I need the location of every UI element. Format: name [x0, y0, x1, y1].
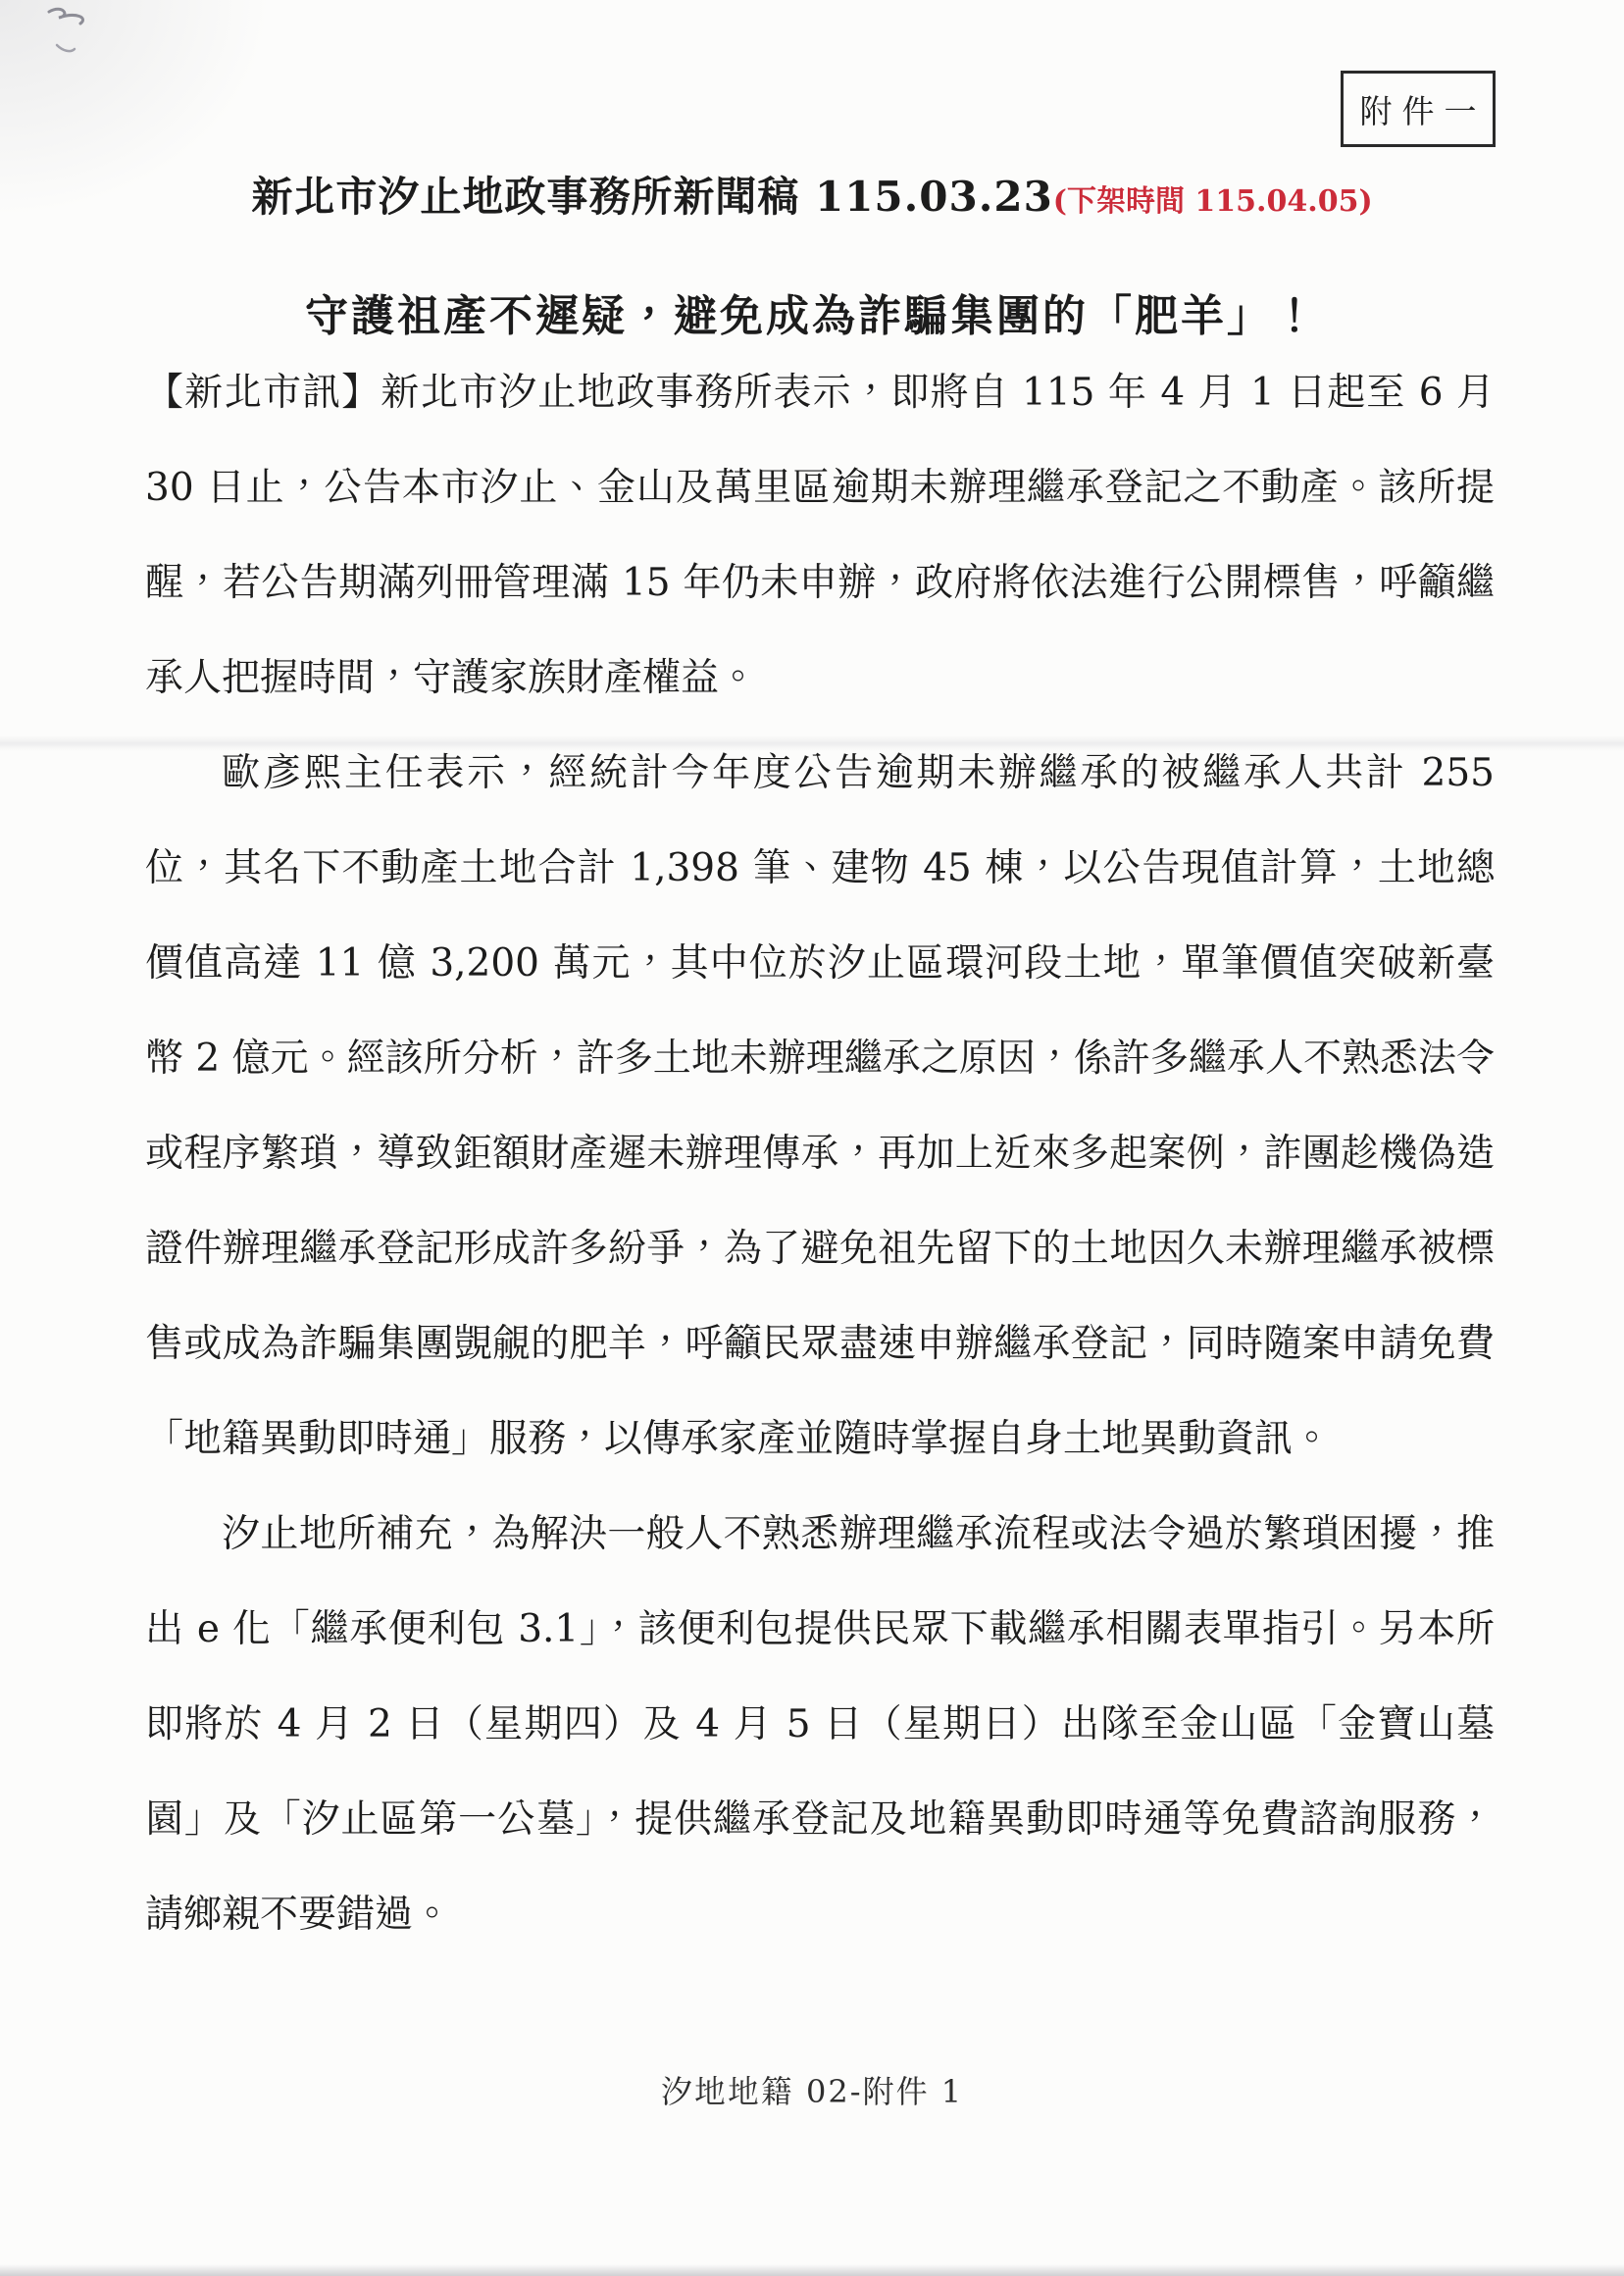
- attachment-label: 附件一: [1350, 86, 1487, 132]
- paragraph-statistics: 歐彥熙主任表示，經統計今年度公告逾期未辦繼承的被繼承人共計 255 位，其名下不…: [145, 726, 1495, 1487]
- scan-bottom-shadow: [0, 2264, 1624, 2276]
- paragraph-services: 汐止地所補充，為解決一般人不熟悉辦理繼承流程或法令過於繁瑣困擾，推出 e 化「繼…: [145, 1487, 1495, 1962]
- paragraph-intro: 【新北市訊】新北市汐止地政事務所表示，即將自 115 年 4 月 1 日起至 6…: [145, 345, 1495, 726]
- attachment-label-box: 附件一: [1341, 71, 1496, 147]
- document-subtitle: 守護祖產不遲疑，避免成為詐騙集團的「肥羊」！: [0, 280, 1624, 343]
- document-title: 新北市汐止地政事務所新聞稿 115.03.23(下架時間 115.04.05): [0, 165, 1624, 224]
- scanned-press-release-page: 附件一 新北市汐止地政事務所新聞稿 115.03.23(下架時間 115.04.…: [0, 0, 1624, 2276]
- document-body: 【新北市訊】新北市汐止地政事務所表示，即將自 115 年 4 月 1 日起至 6…: [145, 345, 1495, 1962]
- pen-scribble-mark: [37, 2, 126, 61]
- title-main-text: 新北市汐止地政事務所新聞稿 115.03.23: [251, 173, 1052, 221]
- title-removal-note: (下架時間 115.04.05): [1053, 184, 1373, 219]
- document-footer-code: 汐地地籍 02-附件 1: [0, 2067, 1624, 2112]
